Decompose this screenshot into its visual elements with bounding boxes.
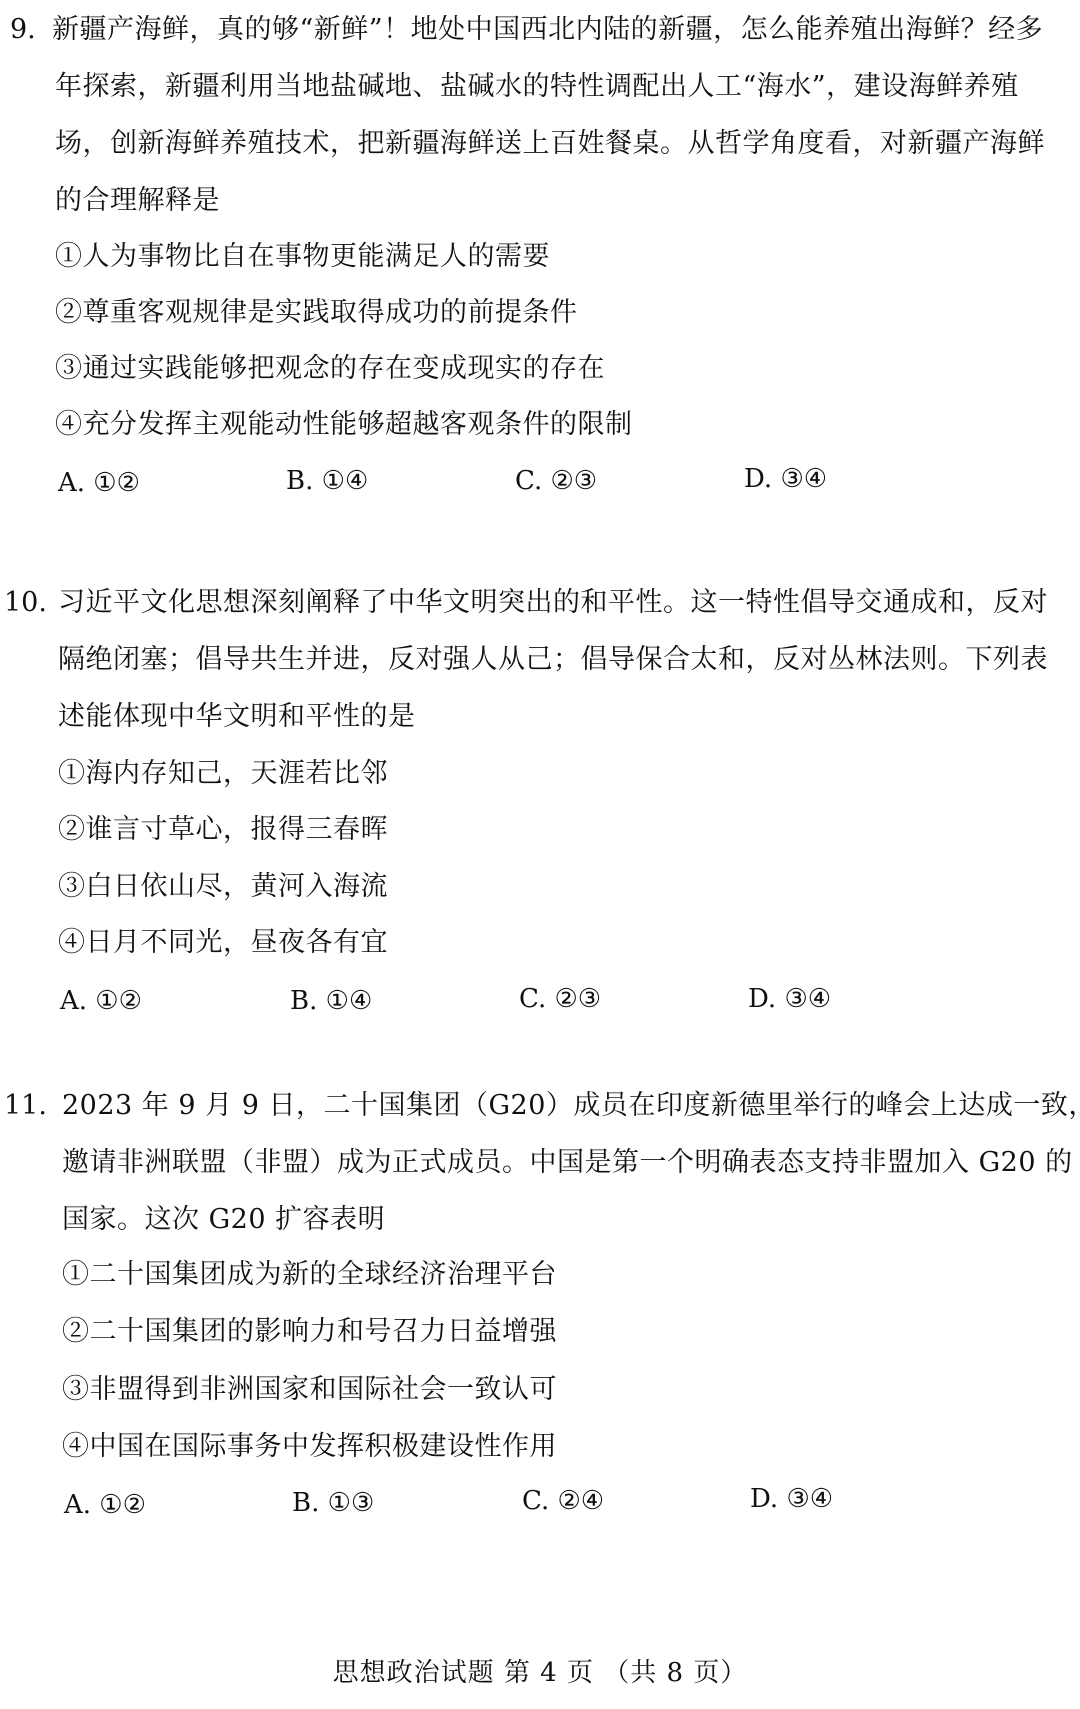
statement-1: ①人为事物比自在事物更能满足人的需要 [55, 240, 550, 274]
page-footer: 思想政治试题 第 4 页 （共 8 页） [0, 1656, 1080, 1690]
statement-4: ④中国在国际事务中发挥积极建设性作用 [62, 1430, 557, 1464]
question-stem-line: 邀请非洲联盟（非盟）成为正式成员。中国是第一个明确表态支持非盟加入 G20 的 [62, 1146, 1073, 1180]
statement-1: ①海内存知己，天涯若比邻 [58, 757, 388, 791]
question-stem-line: 述能体现中华文明和平性的是 [58, 700, 416, 734]
choice-c[interactable]: C. ②③ [515, 464, 597, 498]
statement-2: ②二十国集团的影响力和号召力日益增强 [62, 1315, 557, 1349]
question-number: 11. [4, 1089, 47, 1123]
choice-a[interactable]: A. ①② [64, 1488, 146, 1522]
question-stem-line: 国家。这次 G20 扩容表明 [62, 1203, 385, 1237]
exam-page: 9. 新疆产海鲜，真的够“新鲜”！地处中国西北内陆的新疆，怎么能养殖出海鲜？经多… [0, 0, 1080, 1709]
question-stem-line: 2023 年 9 月 9 日，二十国集团（G20）成员在印度新德里举行的峰会上达… [62, 1089, 1080, 1123]
choice-b[interactable]: B. ①③ [292, 1486, 374, 1520]
choice-b[interactable]: B. ①④ [290, 984, 372, 1018]
statement-4: ④日月不同光，昼夜各有宜 [58, 926, 388, 960]
question-stem-line: 年探索，新疆利用当地盐碱地、盐碱水的特性调配出人工“海水”，建设海鲜养殖 [55, 70, 1019, 104]
question-stem-line: 习近平文化思想深刻阐释了中华文明突出的和平性。这一特性倡导交通成和，反对 [58, 586, 1048, 620]
question-stem-line: 新疆产海鲜，真的够“新鲜”！地处中国西北内陆的新疆，怎么能养殖出海鲜？经多 [52, 13, 1043, 47]
statement-3: ③白日依山尽，黄河入海流 [58, 870, 388, 904]
statement-3: ③非盟得到非洲国家和国际社会一致认可 [62, 1373, 557, 1407]
choice-d[interactable]: D. ③④ [748, 982, 831, 1016]
question-stem-line: 场，创新海鲜养殖技术，把新疆海鲜送上百姓餐桌。从哲学角度看，对新疆产海鲜 [55, 127, 1045, 161]
choice-a[interactable]: A. ①② [60, 984, 142, 1018]
statement-3: ③通过实践能够把观念的存在变成现实的存在 [55, 352, 605, 386]
choice-d[interactable]: D. ③④ [744, 462, 827, 496]
question-stem-line: 隔绝闭塞；倡导共生并进，反对强人从己；倡导保合太和，反对丛林法则。下列表 [58, 643, 1048, 677]
choice-d[interactable]: D. ③④ [750, 1482, 833, 1516]
question-number: 10. [4, 586, 47, 620]
choice-c[interactable]: C. ②③ [519, 982, 601, 1016]
question-stem-line: 的合理解释是 [55, 184, 220, 218]
statement-2: ②尊重客观规律是实践取得成功的前提条件 [55, 296, 578, 330]
statement-4: ④充分发挥主观能动性能够超越客观条件的限制 [55, 408, 633, 442]
choice-a[interactable]: A. ①② [58, 466, 140, 500]
choice-b[interactable]: B. ①④ [286, 464, 368, 498]
question-number: 9. [10, 13, 36, 47]
choice-c[interactable]: C. ②④ [522, 1484, 604, 1518]
statement-2: ②谁言寸草心，报得三春晖 [58, 813, 388, 847]
statement-1: ①二十国集团成为新的全球经济治理平台 [62, 1258, 557, 1292]
